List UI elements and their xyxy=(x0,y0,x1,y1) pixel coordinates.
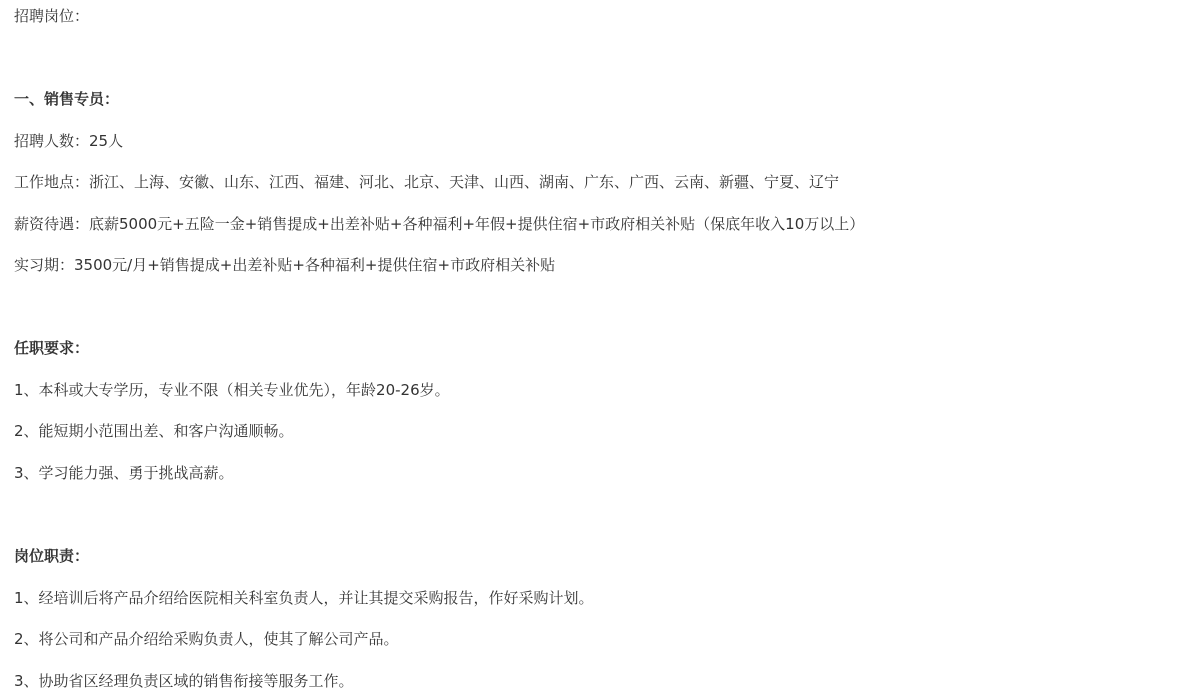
salary-text: 薪资待遇：底薪5000元+五险一金+销售提成+出差补贴+各种福利+年假+提供住宿… xyxy=(14,213,864,235)
position-title: 一、销售专员： xyxy=(14,88,119,110)
internship-text: 实习期：3500元/月+销售提成+出差补贴+各种福利+提供住宿+市政府相关补贴 xyxy=(14,254,555,276)
requirements-heading: 任职要求： xyxy=(14,337,89,359)
headcount-text: 招聘人数：25人 xyxy=(14,130,123,152)
locations-text: 工作地点：浙江、上海、安徽、山东、江西、福建、河北、北京、天津、山西、湖南、广东… xyxy=(14,171,839,193)
job-posting-article: 招聘岗位： 一、销售专员： 招聘人数：25人 工作地点：浙江、上海、安徽、山东、… xyxy=(0,0,1192,697)
requirement-item: 2、能短期小范围出差、和客户沟通顺畅。 xyxy=(14,420,294,442)
requirement-item: 1、本科或大专学历，专业不限（相关专业优先），年龄20-26岁。 xyxy=(14,379,450,401)
intro-label: 招聘岗位： xyxy=(14,5,89,27)
duty-item: 3、协助省区经理负责区域的销售衔接等服务工作。 xyxy=(14,670,354,692)
duties-heading: 岗位职责： xyxy=(14,545,89,567)
duty-item: 1、经培训后将产品介绍给医院相关科室负责人，并让其提交采购报告，作好采购计划。 xyxy=(14,587,594,609)
requirement-item: 3、学习能力强、勇于挑战高薪。 xyxy=(14,462,234,484)
duty-item: 2、将公司和产品介绍给采购负责人，使其了解公司产品。 xyxy=(14,628,399,650)
